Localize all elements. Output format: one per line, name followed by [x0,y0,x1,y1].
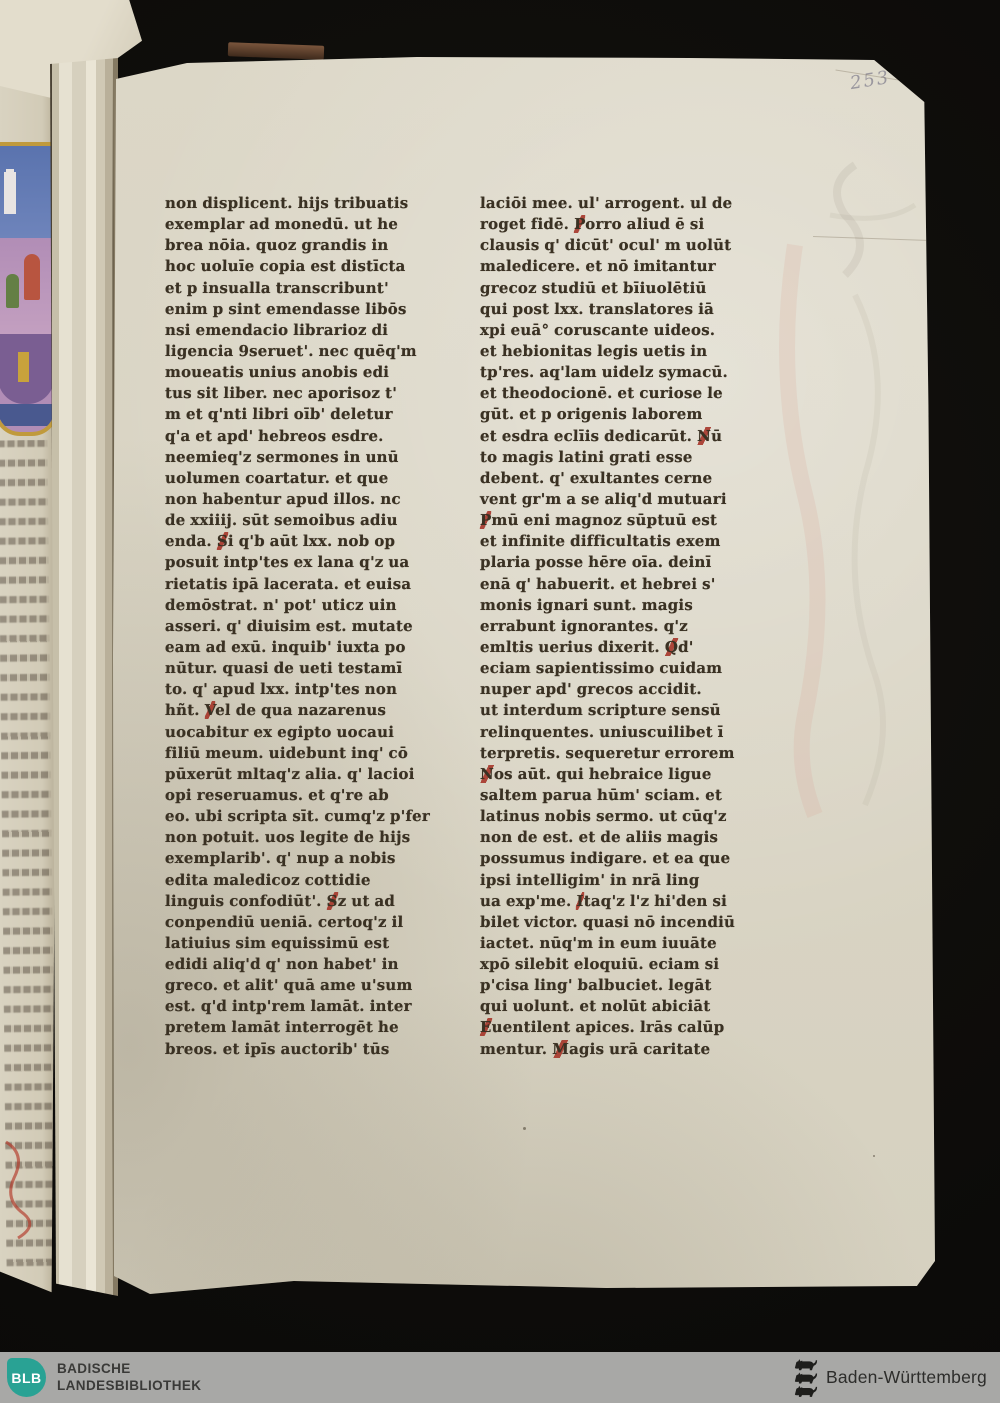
manuscript-text-line: latiuius sim equissimū est [165,933,457,954]
facing-page-red-flourish-icon [0,1134,54,1244]
manuscript-text-line: maledicere. et nō imitantur [480,256,776,277]
manuscript-text-line: debent. q' exultantes cerne [480,468,776,489]
rubricated-initial: P [574,215,585,233]
miniature-figure-green [6,274,19,308]
binding-board-edge [228,42,324,60]
manuscript-text-line: errabunt ignorantes. q'z [480,616,776,637]
manuscript-text-line: enda. Si q'b aūt lxx. nob op [165,531,457,552]
manuscript-text-line: hoc uoluīe copia est distīcta [165,256,457,277]
manuscript-text-line: monis ignari sunt. magis [480,595,776,616]
manuscript-text-line: non potuit. uos legite de hijs [165,827,457,848]
manuscript-text-line: et infinite difficultatis exem [480,531,776,552]
manuscript-text-line: p'cisa ling' balbuciet. legāt [480,975,776,996]
manuscript-text-line: grecoz studiū et bīiuolētiū [480,278,776,299]
manuscript-text-line: iactet. nūq'm in eum iuuāte [480,933,776,954]
manuscript-text-line: enim p sint emendasse libōs [165,299,457,320]
manuscript-text-line: emltis uerius dixerit. Qd' [480,637,776,658]
rubricated-initial: S [326,892,337,910]
manuscript-text-line: xpō silebit eloquiū. eciam si [480,954,776,975]
manuscript-text-line: et hebionitas legis uetis in [480,341,776,362]
text-column-left: non displicent. hijs tribuatisexemplar a… [165,193,457,1060]
rubricated-initial: N [480,765,494,783]
illuminated-miniature [0,142,58,436]
manuscript-text-line: roget fidē. Porro aliud ē si [480,214,776,235]
manuscript-text-line: ipsi intelligim' in nrā ling [480,870,776,891]
manuscript-text-line: qui uolunt. et nolūt abiciāt [480,996,776,1017]
manuscript-text-line: terpretis. sequeretur errorem [480,743,776,764]
rubricated-initial: M [552,1040,569,1058]
miniature-blue-band [0,404,54,426]
manuscript-text-line: posuit intp'tes ex lana q'z ua [165,552,457,573]
blb-logo-text: BLB [11,1370,41,1386]
manuscript-text-line: tp'res. aq'lam uidelz symacū. [480,362,776,383]
manuscript-text-line: ut interdum scripture sensū [480,700,776,721]
digitized-manuscript-view: 253 non displicent. hijs tribuatisexempl… [0,0,1000,1403]
manuscript-text-line: to. q' apud lxx. intp'tes non [165,679,457,700]
manuscript-text-line: uolumen coartatur. et que [165,468,457,489]
manuscript-text-line: Pmū eni magnoz sūptuū est [480,510,776,531]
manuscript-text-line: bilet victor. quasi nō incendiū [480,912,776,933]
manuscript-text-line: edita maledicoz cottidie [165,870,457,891]
manuscript-text-line: breos. et ipīs auctorib' tūs [165,1039,457,1060]
rubricated-initial: N [697,427,711,445]
manuscript-text-line: saltem parua hūm' sciam. et [480,785,776,806]
manuscript-text-line: filiū meum. uidebunt inq' cō [165,743,457,764]
manuscript-text-line: uocabitur ex egipto uocaui [165,722,457,743]
manuscript-text-line: Euentilent apices. lrās calūp [480,1017,776,1038]
manuscript-text-line: to magis latini grati esse [480,447,776,468]
manuscript-text-line: non displicent. hijs tribuatis [165,193,457,214]
library-name-line1: BADISCHE [57,1360,201,1377]
manuscript-text-line: demōstrat. n' pot' uticz uin [165,595,457,616]
manuscript-text-line: asseri. q' diuisim est. mutate [165,616,457,637]
manuscript-text-line: tus sit liber. nec aporisoz t' [165,383,457,404]
manuscript-text-line: et esdra eclīis dedicarūt. Nū [480,426,776,447]
manuscript-text-line: clausis q' dicūt' ocul' m uolūt [480,235,776,256]
manuscript-text-line: mentur. Magis urā caritate [480,1039,776,1060]
manuscript-text-line: moueatis unius anobis edi [165,362,457,383]
manuscript-text-line: neemieq'z sermones in unū [165,447,457,468]
manuscript-text-line: Nos aūt. qui hebraice ligue [480,764,776,785]
manuscript-text-line: pretem lamāt interrogēt he [165,1017,457,1038]
manuscript-text-line: de xxiiij. sūt semoibus adiu [165,510,457,531]
manuscript-text-line: eo. ubi scripta sīt. cumq'z p'fer [165,806,457,827]
library-footer-bar: BLB BADISCHE LANDESBIBLIOTHEK Baden-Würt… [0,1352,1000,1403]
rubricated-initial: S [217,532,228,550]
manuscript-text-line: et p insualla transcribunt' [165,278,457,299]
manuscript-text-line: relinquentes. uniuscuilibet ī [480,722,776,743]
manuscript-text-line: vent gr'm a se aliq'd mutuari [480,489,776,510]
ink-speck [873,1155,875,1157]
library-name-line2: LANDESBIBLIOTHEK [57,1377,201,1394]
manuscript-text-line: et theodocionē. et curiose le [480,383,776,404]
manuscript-page: 253 non displicent. hijs tribuatisexempl… [113,55,935,1295]
manuscript-text-line: enā q' habuerit. et hebrei s' [480,574,776,595]
baden-wuerttemberg-arms-icon [792,1358,820,1398]
manuscript-text-line: opi reseruamus. et q're ab [165,785,457,806]
ink-speck [523,1127,526,1130]
manuscript-text-line: nuper apd' grecos accidit. [480,679,776,700]
manuscript-text-line: qui post lxx. translatores iā [480,299,776,320]
rubricated-initial: V [205,701,216,719]
manuscript-text-line: rietatis ipā lacerata. et euisa [165,574,457,595]
manuscript-text-line: ligencia 9seruet'. nec quēq'm [165,341,457,362]
folio-number: 253 [849,67,892,94]
rubricated-initial: Q [665,638,679,656]
manuscript-text-line: greco. et alit' quā ame u'sum [165,975,457,996]
manuscript-text-line: nūtur. quasi de ueti testamī [165,658,457,679]
manuscript-text-line: latinus nobis sermo. ut cūq'z [480,806,776,827]
text-column-right: laciōi mee. ul' arrogent. ul deroget fid… [480,193,776,1060]
miniature-tower [4,172,16,214]
manuscript-text-line: edidi aliq'd q' non habet' in [165,954,457,975]
manuscript-text-line: plaria posse hēre oīa. deinī [480,552,776,573]
manuscript-text-line: conpendiū ueniā. certoq'z il [165,912,457,933]
manuscript-text-line: non de est. et de aliis magis [480,827,776,848]
facing-page-edge [0,86,60,1302]
region-label: Baden-Württemberg [826,1367,987,1388]
manuscript-text-line: ua exp'me. Itaq'z l'z hi'den si [480,891,776,912]
rubricated-initial: E [480,1018,492,1036]
manuscript-text-line: exemplar ad monedū. ut he [165,214,457,235]
manuscript-text-line: q'a et apd' hebreos esdre. [165,426,457,447]
manuscript-text-line: est. q'd intp'rem lamāt. inter [165,996,457,1017]
manuscript-text-line: brea nōia. quoz grandis in [165,235,457,256]
manuscript-text-line: pūxerūt mltaq'z alia. q' lacioi [165,764,457,785]
manuscript-text-line: xpi euā° coruscante uideos. [480,320,776,341]
blb-logo: BLB [7,1358,46,1397]
manuscript-text-line: non habentur apud illos. nc [165,489,457,510]
manuscript-text-line: exemplarib'. q' nup a nobis [165,848,457,869]
library-name: BADISCHE LANDESBIBLIOTHEK [57,1360,201,1394]
miniature-gold-detail [18,352,29,382]
manuscript-text-line: m et q'nti libri oīb' deletur [165,404,457,425]
manuscript-text-line: eciam sapientissimo cuidam [480,658,776,679]
miniature-figure-red [24,254,40,300]
manuscript-text-line: nsi emendacio librarioz di [165,320,457,341]
manuscript-text-line: possumus indigare. et ea que [480,848,776,869]
manuscript-text-line: gūt. et p origenis laborem [480,404,776,425]
manuscript-text-line: laciōi mee. ul' arrogent. ul de [480,193,776,214]
manuscript-text-line: linguis confodiūt'. Sz ut ad [165,891,457,912]
manuscript-text-line: hñt. Vel de qua nazarenus [165,700,457,721]
manuscript-text-line: eam ad exū. inquib' iuxta po [165,637,457,658]
book-gutter-edges [50,58,118,1296]
